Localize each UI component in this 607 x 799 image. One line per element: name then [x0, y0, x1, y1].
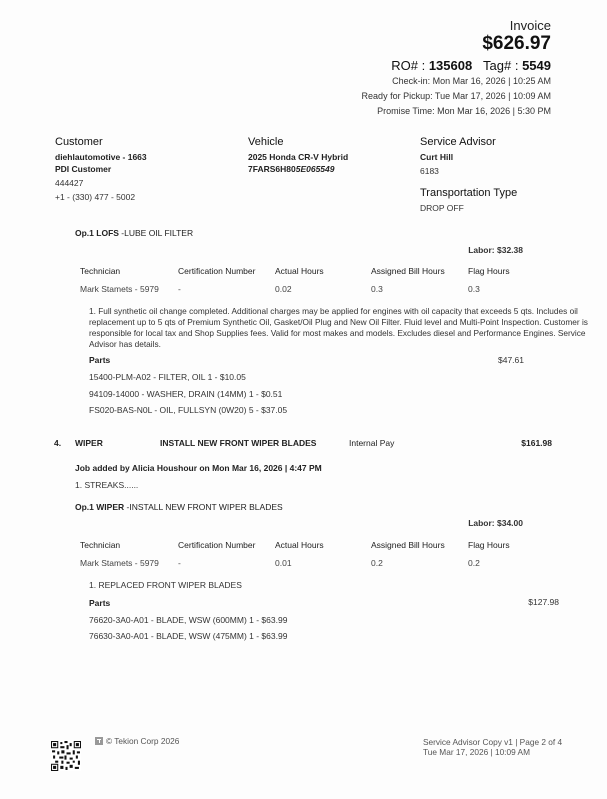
- op1-prefix: Op.1: [75, 228, 96, 238]
- job4-pay-type: Internal Pay: [349, 438, 394, 448]
- ro-number: 135608: [429, 58, 472, 73]
- advisor-name: Curt Hill: [420, 151, 517, 163]
- customer-id: 444427: [55, 177, 147, 189]
- ready-for-pickup-time: Ready for Pickup: Tue Mar 17, 2026 | 10:…: [362, 89, 551, 104]
- copyright-text: © Tekion Corp 2026: [106, 736, 179, 746]
- op1-technician: Mark Stamets - 5979: [80, 284, 159, 294]
- op1-note: 1. Full synthetic oil change completed. …: [89, 306, 604, 350]
- promise-time: Promise Time: Mon Mar 16, 2026 | 5:30 PM: [377, 104, 551, 119]
- op1-code: LOFS: [96, 228, 119, 238]
- customer-name: diehlautomotive - 1663: [55, 151, 147, 163]
- col-actual-hours: Actual Hours: [275, 540, 324, 550]
- vin-suffix: 5E065549: [296, 164, 335, 174]
- job4-title: INSTALL NEW FRONT WIPER BLADES: [160, 438, 316, 448]
- job4-concern: 1. STREAKS......: [75, 480, 138, 490]
- col-actual-hours: Actual Hours: [275, 266, 324, 276]
- job4-op-labor: Labor: $34.00: [468, 518, 523, 528]
- job4-part-item: 76630-3A0-A01 - BLADE, WSW (475MM) 1 - $…: [89, 631, 287, 641]
- op1-part-item: FS020-BAS-N0L - OIL, FULLSYN (0W20) 5 - …: [89, 405, 287, 415]
- op1-part-item: 15400-PLM-A02 - FILTER, OIL 1 - $10.05: [89, 372, 246, 382]
- col-assigned-bill-hours: Assigned Bill Hours: [371, 266, 445, 276]
- transport-value: DROP OFF: [420, 202, 517, 214]
- vehicle-model: 2025 Honda CR-V Hybrid: [248, 151, 348, 163]
- op1-parts-total: $47.61: [498, 355, 524, 365]
- op1-flag-hours: 0.3: [468, 284, 480, 294]
- col-certification: Certification Number: [178, 266, 255, 276]
- ro-label: RO# :: [391, 58, 429, 73]
- job4-technician: Mark Stamets - 5979: [80, 558, 159, 568]
- customer-section: Customer diehlautomotive - 1663 PDI Cust…: [55, 136, 147, 203]
- job4-added-by: Job added by Alicia Houshour on Mon Mar …: [75, 463, 322, 473]
- vin-prefix: 7FARS6H80: [248, 164, 296, 174]
- job4-code: WIPER: [75, 438, 103, 448]
- footer-printed-time: Tue Mar 17, 2026 | 10:09 AM: [423, 747, 530, 758]
- col-technician: Technician: [80, 540, 120, 550]
- job4-actual-hours: 0.01: [275, 558, 292, 568]
- op1-desc: -LUBE OIL FILTER: [119, 228, 193, 238]
- checkin-time: Check-in: Mon Mar 16, 2026 | 10:25 AM: [392, 74, 551, 89]
- ro-tag-line: RO# : 135608 Tag# : 5549: [391, 58, 551, 73]
- qr-code-icon: [51, 741, 81, 771]
- job4-certification: -: [178, 558, 181, 568]
- tag-label: Tag# :: [483, 58, 522, 73]
- tekion-logo-icon: [95, 737, 103, 745]
- job4-number: 4.: [54, 438, 61, 448]
- op1-certification: -: [178, 284, 181, 294]
- job4-part-item: 76620-3A0-A01 - BLADE, WSW (600MM) 1 - $…: [89, 615, 287, 625]
- col-certification: Certification Number: [178, 540, 255, 550]
- invoice-total: $626.97: [482, 33, 551, 55]
- op1-assigned-hours: 0.3: [371, 284, 383, 294]
- op1-actual-hours: 0.02: [275, 284, 292, 294]
- job4-op-desc: -INSTALL NEW FRONT WIPER BLADES: [124, 502, 283, 512]
- job4-flag-hours: 0.2: [468, 558, 480, 568]
- job4-op-prefix: Op.1: [75, 502, 96, 512]
- col-assigned-bill-hours: Assigned Bill Hours: [371, 540, 445, 550]
- transport-title: Transportation Type: [420, 187, 517, 199]
- col-technician: Technician: [80, 266, 120, 276]
- tag-number: 5549: [522, 58, 551, 73]
- job4-op-note: 1. REPLACED FRONT WIPER BLADES: [89, 580, 242, 590]
- col-flag-hours: Flag Hours: [468, 540, 510, 550]
- advisor-title: Service Advisor: [420, 136, 517, 148]
- advisor-id: 6183: [420, 165, 517, 177]
- vehicle-section: Vehicle 2025 Honda CR-V Hybrid 7FARS6H80…: [248, 136, 348, 175]
- op1-title: Op.1 LOFS -LUBE OIL FILTER: [75, 228, 193, 238]
- job4-parts-total: $127.98: [528, 597, 559, 607]
- job4-parts-label: Parts: [89, 598, 110, 608]
- job4-op-code: WIPER: [96, 502, 124, 512]
- job4-assigned-hours: 0.2: [371, 558, 383, 568]
- vehicle-title: Vehicle: [248, 136, 348, 148]
- footer-copyright: © Tekion Corp 2026: [95, 736, 179, 747]
- op1-part-item: 94109-14000 - WASHER, DRAIN (14MM) 1 - $…: [89, 389, 282, 399]
- vehicle-vin: 7FARS6H805E065549: [248, 163, 348, 175]
- invoice-label: Invoice: [510, 18, 551, 33]
- job4-total: $161.98: [521, 438, 552, 448]
- op1-parts-label: Parts: [89, 355, 110, 365]
- op1-labor: Labor: $32.38: [468, 245, 523, 255]
- job4-op-title: Op.1 WIPER -INSTALL NEW FRONT WIPER BLAD…: [75, 502, 283, 512]
- advisor-section: Service Advisor Curt Hill 6183 Transport…: [420, 136, 517, 214]
- customer-phone: +1 - (330) 477 - 5002: [55, 191, 147, 203]
- customer-type: PDI Customer: [55, 163, 147, 175]
- customer-title: Customer: [55, 136, 147, 148]
- col-flag-hours: Flag Hours: [468, 266, 510, 276]
